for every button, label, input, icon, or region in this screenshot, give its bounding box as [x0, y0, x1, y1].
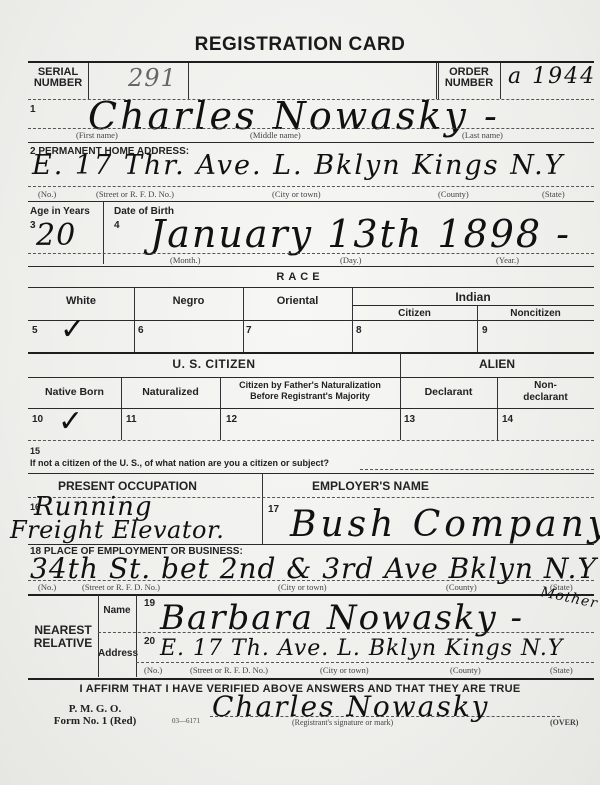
field-number-9: 9	[482, 325, 488, 336]
order-label-line2: NUMBER	[440, 78, 498, 89]
race-white-label: White	[28, 295, 134, 307]
relative-no-label: (No.)	[144, 665, 162, 675]
birth-month-label: (Month.)	[170, 255, 200, 265]
age-value: 20	[36, 218, 76, 253]
nation-answer-line[interactable]	[360, 469, 594, 470]
race-indian-noncitizen-label: Noncitizen	[477, 308, 594, 319]
fathers-naturalization-label-line2: Before Registrant's Majority	[220, 391, 400, 402]
serial-label: SERIAL NUMBER	[30, 67, 86, 89]
form-number: Form No. 1 (Red)	[40, 715, 150, 727]
divider	[28, 473, 594, 474]
field-number-15: 15	[30, 446, 40, 456]
field-number-5: 5	[32, 325, 38, 336]
middle-name-label: (Middle name)	[250, 130, 301, 140]
field-number-7: 7	[246, 325, 252, 336]
divider	[28, 61, 594, 63]
naturalized-label: Naturalized	[121, 386, 220, 398]
serial-number-value: 291	[128, 64, 177, 92]
race-indian-citizen-label: Citizen	[352, 308, 477, 319]
relative-city-label: (City or town)	[320, 665, 369, 675]
over-label: (OVER)	[550, 718, 578, 727]
race-indian-label: Indian	[352, 290, 594, 304]
employer-value: Bush Company	[290, 504, 600, 545]
divider	[262, 474, 263, 544]
field-number-11: 11	[126, 414, 137, 425]
address-city-label: (City or town)	[272, 189, 321, 199]
field-number-20: 20	[144, 636, 155, 647]
age-label: Age in Years	[30, 206, 90, 217]
field-number-1: 1	[30, 104, 36, 115]
fathers-naturalization-label: Citizen by Father's Naturalization Befor…	[220, 380, 400, 402]
fathers-naturalization-label-line1: Citizen by Father's Naturalization	[220, 380, 400, 391]
occupation-value-line2: Freight Elevator.	[10, 516, 224, 544]
order-label: ORDER NUMBER	[440, 67, 498, 89]
field-number-4: 4	[114, 220, 120, 231]
declarant-label: Declarant	[400, 386, 497, 398]
native-born-label: Native Born	[28, 386, 121, 398]
address-no-label: (No.)	[38, 189, 56, 199]
field-number-3: 3	[30, 220, 36, 231]
relative-state-label: (State)	[550, 665, 573, 675]
birth-day-label: (Day.)	[340, 255, 361, 265]
address-county-label: (County)	[438, 189, 469, 199]
divider	[28, 352, 594, 354]
home-address-value: E. 17 Thr. Ave. L. Bklyn Kings N.Y	[32, 150, 565, 181]
relative-name-label: Name	[98, 605, 136, 616]
native-born-checkmark[interactable]: ✓	[58, 404, 83, 439]
nation-question: If not a citizen of the U. S., of what n…	[30, 458, 329, 468]
relative-street-label: (Street or R. F. D. No.)	[190, 665, 268, 675]
divider	[28, 320, 594, 321]
divider	[28, 594, 594, 596]
divider	[28, 186, 594, 187]
employer-header: EMPLOYER'S NAME	[312, 479, 429, 493]
signature-label: (Registrant's signature or mark)	[292, 718, 393, 727]
nondeclarant-label-line1: Non-	[497, 380, 594, 392]
nearest-relative-label-line2: RELATIVE	[28, 637, 98, 650]
divider	[500, 63, 501, 99]
divider	[28, 440, 594, 441]
relative-address-value: E. 17 Th. Ave. L. Bklyn Kings N.Y	[160, 636, 563, 661]
registration-card: REGISTRATION CARD SERIAL NUMBER 291 ORDE…	[0, 0, 600, 785]
nondeclarant-label: Non- declarant	[497, 380, 594, 404]
employment-no-label: (No.)	[38, 582, 56, 592]
divider	[28, 580, 594, 581]
divider	[28, 201, 594, 202]
divider	[136, 595, 137, 677]
divider	[136, 662, 594, 663]
serial-label-line2: NUMBER	[30, 78, 86, 89]
card-title: REGISTRATION CARD	[0, 34, 600, 56]
divider	[28, 678, 594, 680]
divider	[28, 253, 594, 254]
occupation-header: PRESENT OCCUPATION	[58, 479, 197, 493]
field-number-10: 10	[32, 414, 43, 425]
divider	[28, 544, 594, 545]
divider	[28, 128, 594, 129]
divider	[28, 287, 594, 288]
race-white-checkmark[interactable]: ✓	[60, 312, 85, 347]
field-number-13: 13	[404, 414, 415, 425]
field-number-8: 8	[356, 325, 362, 336]
form-office-line1: P. M. G. O.	[40, 703, 150, 715]
employment-city-label: (City or town)	[278, 582, 327, 592]
field-number-12: 12	[226, 414, 237, 425]
divider	[28, 377, 594, 378]
field-number-19: 19	[144, 598, 155, 609]
divider	[98, 632, 594, 633]
birth-date-value: January 13th 1898 -	[150, 212, 571, 256]
employment-county-label: (County)	[446, 582, 477, 592]
first-name-label: (First name)	[76, 130, 118, 140]
race-negro-label: Negro	[134, 295, 243, 307]
nearest-relative-label: NEAREST RELATIVE	[28, 624, 98, 650]
race-header: RACE	[0, 271, 600, 283]
print-code: 03—6171	[172, 717, 200, 725]
form-office: P. M. G. O. Form No. 1 (Red)	[40, 703, 150, 727]
us-citizen-header: U. S. CITIZEN	[28, 357, 400, 371]
field-number-17: 17	[268, 504, 279, 515]
divider	[28, 266, 594, 267]
employment-street-label: (Street or R. F. D. No.)	[82, 582, 160, 592]
birth-year-label: (Year.)	[496, 255, 519, 265]
divider	[28, 408, 594, 409]
nondeclarant-label-line2: declarant	[497, 392, 594, 404]
order-number-value: a 1944	[508, 64, 596, 89]
alien-header: ALIEN	[400, 357, 594, 371]
race-oriental-label: Oriental	[243, 295, 352, 307]
divider	[28, 142, 594, 143]
address-street-label: (Street or R. F. D. No.)	[96, 189, 174, 199]
field-number-6: 6	[138, 325, 144, 336]
address-state-label: (State)	[542, 189, 565, 199]
field-number-14: 14	[502, 414, 513, 425]
divider	[352, 305, 594, 306]
last-name-label: (Last name)	[462, 130, 503, 140]
relative-address-label: Address	[98, 648, 136, 659]
relative-county-label: (County)	[450, 665, 481, 675]
divider	[103, 202, 104, 264]
